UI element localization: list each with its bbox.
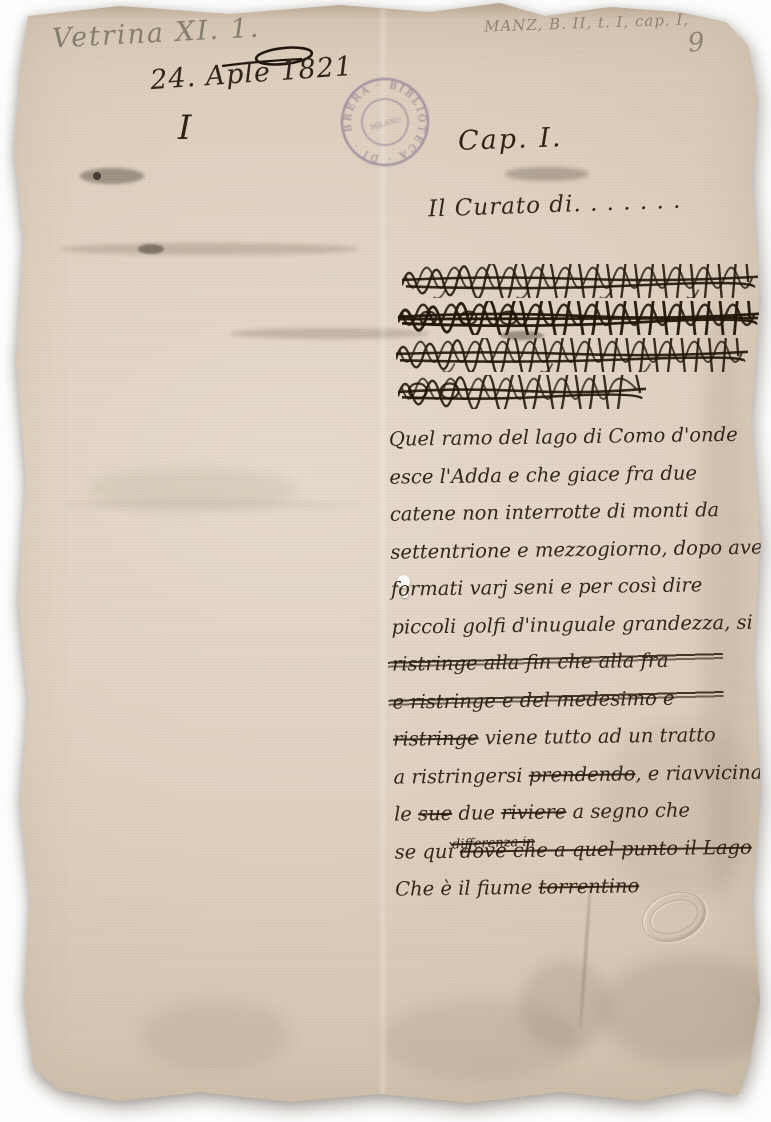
paper-stain: [520, 960, 610, 1050]
section-numeral: I: [178, 108, 191, 148]
chapter-title: Il Curato di. . . . . . .: [428, 188, 682, 223]
manuscript-text: due: [452, 801, 501, 825]
paper-stain: [60, 243, 360, 255]
manuscript-text: formati varj seni e per così dire: [391, 573, 703, 600]
manuscript-line: Che è il fiume torrentino: [395, 865, 771, 908]
manuscript-text: se quì: [394, 839, 460, 863]
manuscript-line-cancelled: ristringe alla fin che alla fra: [392, 640, 771, 683]
paper-stain: [505, 167, 589, 181]
manuscript-line: catene non interrotte di monti da: [390, 490, 771, 533]
cancelled-text: riviere: [501, 800, 567, 824]
embossed-seal-inner-ring: [645, 893, 703, 940]
manuscript-text: piccoli golfi d'inuguale grandezza, si: [391, 610, 753, 638]
manuscript-text: catene non interrotte di monti da: [390, 498, 720, 526]
interline-correction: differenza in: [452, 835, 535, 853]
chapter-heading: Cap. I.: [457, 122, 562, 157]
paper-surface: Vetrina XI. 1. 24. Aple 1821 MANZ, B. II…: [0, 0, 771, 1122]
paper-stain: [600, 955, 771, 1065]
manuscript-text: Quel ramo del lago di Como d'onde: [389, 423, 738, 451]
manuscript-line-cancelled: e ristringe e del medesimo e: [392, 678, 771, 721]
manuscript-line: settentrione e mezzogiorno, dopo aver: [390, 528, 771, 571]
paper-stain: [93, 172, 101, 180]
manuscript-text: Che è il fiume: [395, 876, 539, 901]
cancelled-text: ristringe alla fin che alla fra: [392, 649, 669, 676]
cancelled-text: ristringe: [393, 726, 479, 750]
manuscript-body: Quel ramo del lago di Como d'onde esce l…: [389, 415, 771, 908]
paper-stain: [80, 168, 144, 184]
paper-stain: [140, 1000, 290, 1070]
cancelled-line-scribble: [396, 338, 748, 372]
paper-stain: [138, 244, 164, 254]
manuscript-line: ristringe viene tutto ad un tratto: [393, 715, 771, 758]
paper-sheet: Vetrina XI. 1. 24. Aple 1821 MANZ, B. II…: [0, 0, 771, 1122]
manuscript-line: le sue due riviere a segno che: [394, 790, 771, 833]
manuscript-text: viene tutto ad un tratto: [478, 723, 715, 749]
cancelled-text: torrentino: [538, 874, 639, 898]
paper-stain: [60, 500, 360, 509]
manuscript-text: esce l'Adda e che giace fra due: [389, 461, 697, 488]
cancelled-line-scribble: [398, 301, 760, 335]
cancelled-text: e ristringe e del medesimo e: [392, 686, 674, 713]
manuscript-line: a ristringersi prendendo, e riavvicina: [393, 753, 771, 796]
page-number: 9: [686, 27, 706, 59]
paper-stain: [380, 1000, 580, 1080]
cancelled-line-scribble: [402, 264, 758, 298]
manuscript-text: , e riavvicina: [635, 760, 762, 785]
cancelled-line-scribble: [398, 375, 646, 409]
manuscript-line: formati varj seni e per così dire: [391, 565, 771, 608]
manuscript-text: a segno che: [566, 799, 690, 824]
manuscript-line: se quì dove che a quel punto il Lago: [394, 828, 771, 871]
manuscript-text: a ristringersi: [393, 763, 528, 788]
manuscript-text: settentrione e mezzogiorno, dopo aver: [390, 535, 771, 563]
pencil-catalog: MANZ, B. II, t. I, cap. I,: [484, 10, 690, 35]
manuscript-line: esce l'Adda e che giace fra due: [389, 453, 771, 496]
manuscript-line: piccoli golfi d'inuguale grandezza, si: [391, 603, 771, 646]
paper-stain: [88, 468, 298, 510]
manuscript-text: le: [394, 802, 418, 825]
stamp-center-text: MILANO: [369, 116, 402, 132]
manuscript-line: Quel ramo del lago di Como d'onde: [389, 415, 771, 458]
cancelled-text: prendendo: [529, 762, 636, 786]
manuscript-scan: Vetrina XI. 1. 24. Aple 1821 MANZ, B. II…: [0, 0, 771, 1122]
cancelled-text: a quel punto il Lago: [548, 835, 752, 861]
cancelled-text: sue: [418, 802, 452, 825]
